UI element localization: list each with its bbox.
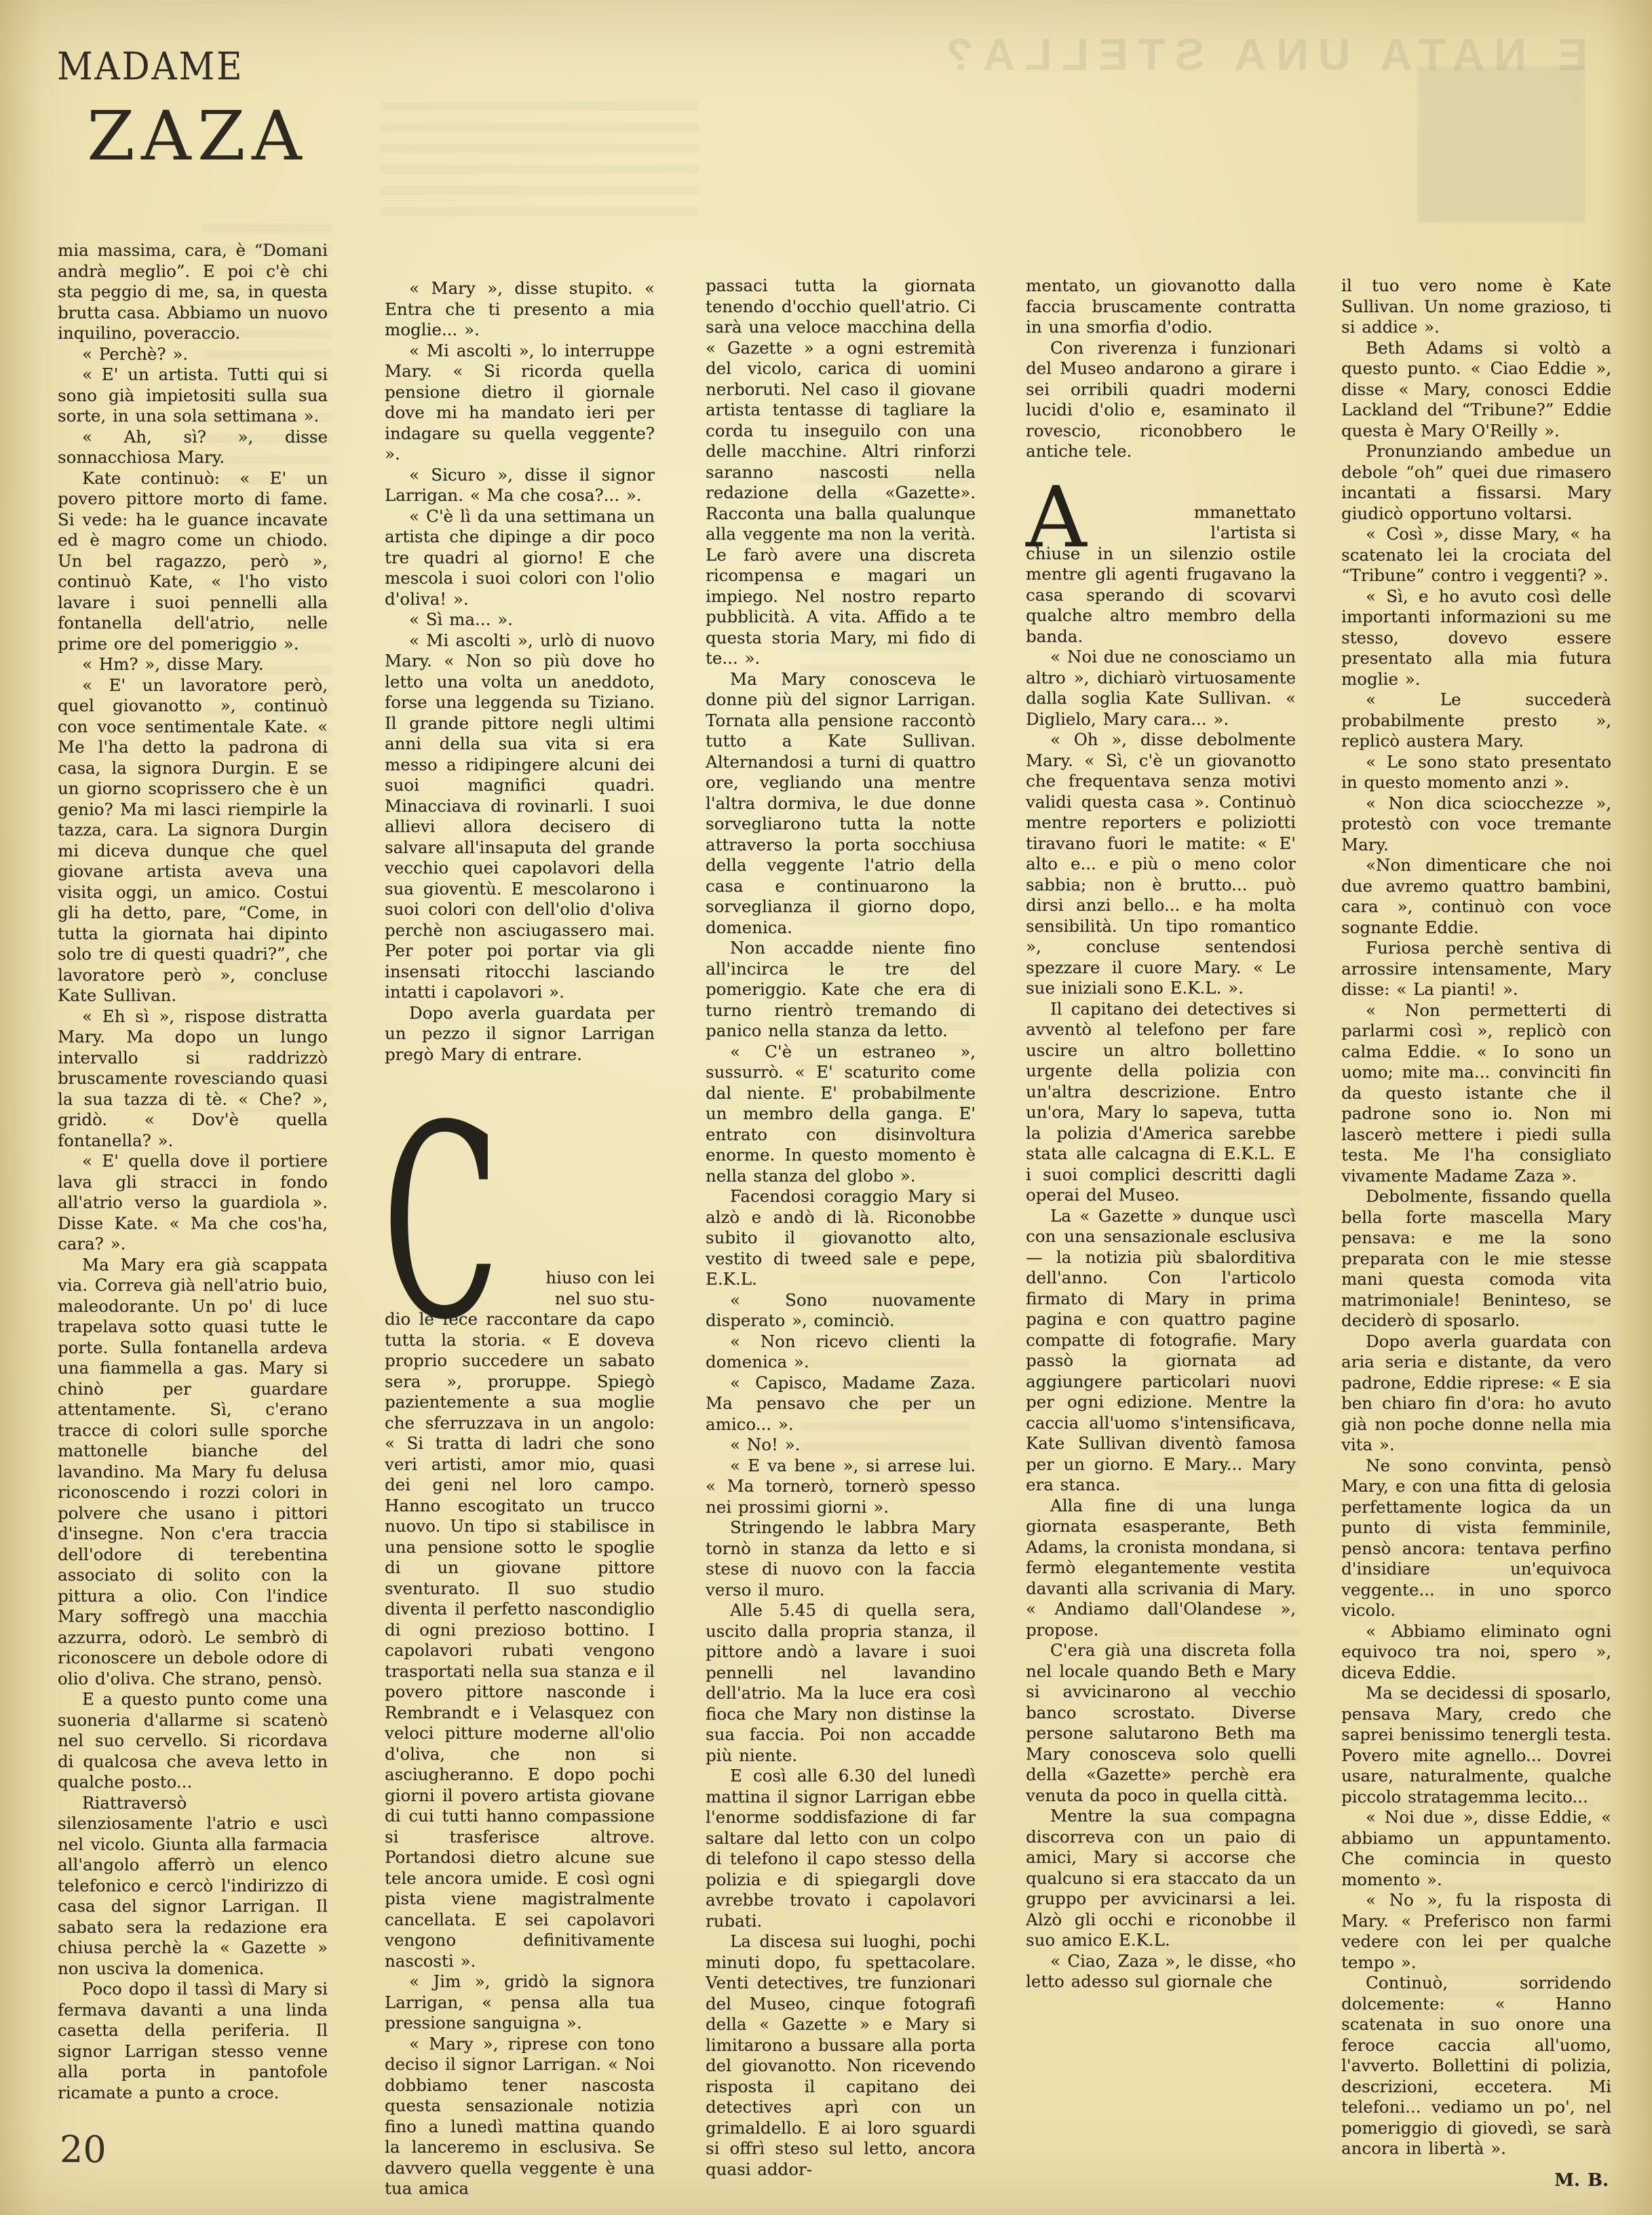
paragraph: « Ah, sì? », disse sonnacchiosa Mary. bbox=[58, 427, 328, 468]
paragraph: Mentre la sua compagna discorreva con un… bbox=[1026, 1806, 1296, 1951]
paragraph: Con riverenza i funzionari del Museo and… bbox=[1026, 338, 1296, 462]
text-column-4: mentato, un giovanotto dalla faccia brus… bbox=[1026, 276, 1296, 2199]
paragraph: La « Gazette » dunque uscì con una sensa… bbox=[1026, 1206, 1296, 1496]
bleedthrough-text-block bbox=[380, 102, 699, 224]
magazine-page: E NATA UNA STELLA? MADAME ZAZA mia massi… bbox=[0, 0, 1652, 2215]
paragraph: Beth Adams si voltò a questo punto. « Ci… bbox=[1341, 338, 1611, 442]
drop-cap-row: Chiuso con leinel suo stu- bbox=[385, 1119, 655, 1309]
paragraph: La discesa sui luoghi, pochi minuti dopo… bbox=[706, 1931, 976, 2180]
paragraph: « E' quella dove il portiere lava gli st… bbox=[58, 1151, 328, 1255]
drop-cap-line: l'artista si bbox=[1106, 523, 1296, 544]
paragraph: Alla fine di una lunga giornata esaspera… bbox=[1026, 1496, 1296, 1641]
drop-cap-row: Ammanettatol'artista si bbox=[1026, 481, 1296, 544]
paragraph: « Noi due », disse Eddie, « abbiamo un a… bbox=[1341, 1807, 1611, 1890]
paragraph: « Sicuro », disse il signor Larrigan. « … bbox=[385, 465, 655, 506]
paragraph: Stringendo le labbra Mary tornò in stanz… bbox=[706, 1517, 976, 1600]
page-number: 20 bbox=[60, 2128, 107, 2171]
paragraph: C'era già una discreta folla nel locale … bbox=[1026, 1640, 1296, 1806]
bleedthrough-image-block bbox=[1418, 67, 1585, 223]
paragraph: « Sì ma... ». bbox=[385, 609, 655, 630]
paragraph: Furiosa perchè sentiva di arrossire inte… bbox=[1341, 938, 1611, 1000]
paragraph: « Non permetterti di parlarmi così », re… bbox=[1341, 1000, 1611, 1187]
paragraph: Dopo averla guardata per un pezzo il sig… bbox=[385, 1003, 655, 1065]
paragraph: Kate continuò: « E' un povero pittore mo… bbox=[58, 468, 328, 655]
paragraph: dio le fece raccontare da capo tutta la … bbox=[385, 1309, 655, 1971]
paragraph: « C'è un estraneo », sussurrò. « E' scat… bbox=[706, 1042, 976, 1187]
paragraph: « Mi ascolti », lo interruppe Mary. « Si… bbox=[385, 341, 655, 465]
paragraph: mia massima, cara, è “Domani andrà megli… bbox=[58, 240, 328, 344]
drop-cap-box: A bbox=[1026, 481, 1106, 544]
author-initials: M. B. bbox=[1341, 2170, 1611, 2191]
paragraph: Alle 5.45 di quella sera, uscito dalla p… bbox=[706, 1600, 976, 1766]
paragraph: Il capitano dei detectives si avventò al… bbox=[1026, 999, 1296, 1206]
drop-cap-box: C bbox=[385, 1119, 486, 1309]
paragraph: « C'è lì da una settimana un artista che… bbox=[385, 506, 655, 610]
drop-cap-letter: A bbox=[1026, 487, 1087, 549]
drop-cap-lines: hiuso con leinel suo stu- bbox=[486, 1268, 655, 1309]
paragraph: Non accadde niente fino all'incirca le t… bbox=[706, 938, 976, 1042]
text-column-3: passaci tutta la giornata tenendo d'occh… bbox=[706, 276, 976, 2199]
paragraph: « Hm? », disse Mary. bbox=[58, 654, 328, 675]
paragraph: « E' un artista. Tutti qui si sono già i… bbox=[58, 364, 328, 427]
paragraph: « Jim », gridò la signora Larrigan, « pe… bbox=[385, 1971, 655, 2034]
paragraph: « Sono nuovamente disperato », cominciò. bbox=[706, 1290, 976, 1331]
text-column-1: mia massima, cara, è “Domani andrà megli… bbox=[58, 240, 328, 2195]
paragraph: « Mi ascolti », urlò di nuovo Mary. « No… bbox=[385, 630, 655, 1003]
paragraph: « No », fu la risposta di Mary. « Prefer… bbox=[1341, 1890, 1611, 1973]
paragraph: Riattraversò silenziosamente l'atrio e u… bbox=[58, 1793, 328, 1980]
paragraph: « Ciao, Zaza », le disse, «ho letto ades… bbox=[1026, 1951, 1296, 1992]
paragraph: Debolmente, fissando quella bella forte … bbox=[1341, 1186, 1611, 1331]
text-column-5: il tuo vero nome è Kate Sullivan. Un nom… bbox=[1341, 276, 1611, 2214]
paragraph: «Non dimenticare che noi due avremo quat… bbox=[1341, 855, 1611, 938]
article-title-line2: ZAZA bbox=[87, 96, 308, 176]
paragraph: « Mary », disse stupito. « Entra che ti … bbox=[385, 278, 655, 341]
drop-cap-line: hiuso con lei bbox=[486, 1268, 655, 1289]
paragraph: Ma se decidessi di sposarlo, pensava Mar… bbox=[1341, 1683, 1611, 1807]
paragraph: « Noi due ne conosciamo un altro », dich… bbox=[1026, 647, 1296, 730]
drop-cap-lines: mmanettatol'artista si bbox=[1106, 502, 1296, 544]
paragraph: « Così », disse Mary, « ha scatenato lei… bbox=[1341, 524, 1611, 586]
paragraph: « Sì, e ho avuto così delle importanti i… bbox=[1341, 586, 1611, 690]
paragraph: Ma Mary era già scappata via. Correva gi… bbox=[58, 1255, 328, 1690]
paragraph: « Abbiamo eliminato ogni equivoco tra no… bbox=[1341, 1621, 1611, 1684]
paragraph: « Oh », disse debolmente Mary. « Sì, c'è… bbox=[1026, 730, 1296, 999]
paragraph: mentato, un giovanotto dalla faccia brus… bbox=[1026, 276, 1296, 338]
paragraph: E a questo punto come una suoneria d'all… bbox=[58, 1689, 328, 1793]
paragraph: il tuo vero nome è Kate Sullivan. Un nom… bbox=[1341, 276, 1611, 338]
paragraph: « Perchè? ». bbox=[58, 344, 328, 365]
text-column-2: « Mary », disse stupito. « Entra che ti … bbox=[385, 278, 655, 2199]
paragraph: passaci tutta la giornata tenendo d'occh… bbox=[706, 276, 976, 669]
paragraph: « E va bene », si arrese lui. « Ma torne… bbox=[706, 1456, 976, 1518]
drop-cap-line: mmanettato bbox=[1106, 502, 1296, 523]
drop-cap-letter: C bbox=[382, 1129, 500, 1319]
paragraph: Ma Mary conosceva le donne più del signo… bbox=[706, 669, 976, 939]
paragraph: Facendosi coraggio Mary si alzò e andò d… bbox=[706, 1186, 976, 1290]
paragraph: « No! ». bbox=[706, 1435, 976, 1456]
paragraph: Ne sono convinta, pensò Mary, e con una … bbox=[1341, 1456, 1611, 1621]
paragraph: E così alle 6.30 del lunedì mattina il s… bbox=[706, 1766, 976, 1931]
paragraph: Continuò, sorridendo dolcemente: « Hanno… bbox=[1341, 1973, 1611, 2159]
paragraph: « Capisco, Madame Zaza. Ma pensavo che p… bbox=[706, 1373, 976, 1435]
paragraph: « Mary », riprese con tono deciso il sig… bbox=[385, 2034, 655, 2199]
article-title-line1: MADAME bbox=[57, 45, 244, 89]
drop-cap-line: nel suo stu- bbox=[486, 1289, 655, 1310]
paragraph: « Non dica sciocchezze », protestò con v… bbox=[1341, 793, 1611, 856]
paragraph: Dopo averla guardata con aria seria e di… bbox=[1341, 1331, 1611, 1456]
paragraph: « Eh sì », rispose distratta Mary. Ma do… bbox=[58, 1006, 328, 1152]
paragraph: Pronunziando ambedue un debole “oh” quei… bbox=[1341, 441, 1611, 524]
paragraph: « E' un lavoratore però, quel giovanotto… bbox=[58, 675, 328, 1006]
paragraph: Poco dopo il tassì di Mary si fermava da… bbox=[58, 1979, 328, 2103]
paragraph: « Le sono stato presentato in questo mom… bbox=[1341, 752, 1611, 793]
paragraph: « Non ricevo clienti la domenica ». bbox=[706, 1331, 976, 1373]
paragraph: « Le succederà probabilmente presto », r… bbox=[1341, 689, 1611, 752]
